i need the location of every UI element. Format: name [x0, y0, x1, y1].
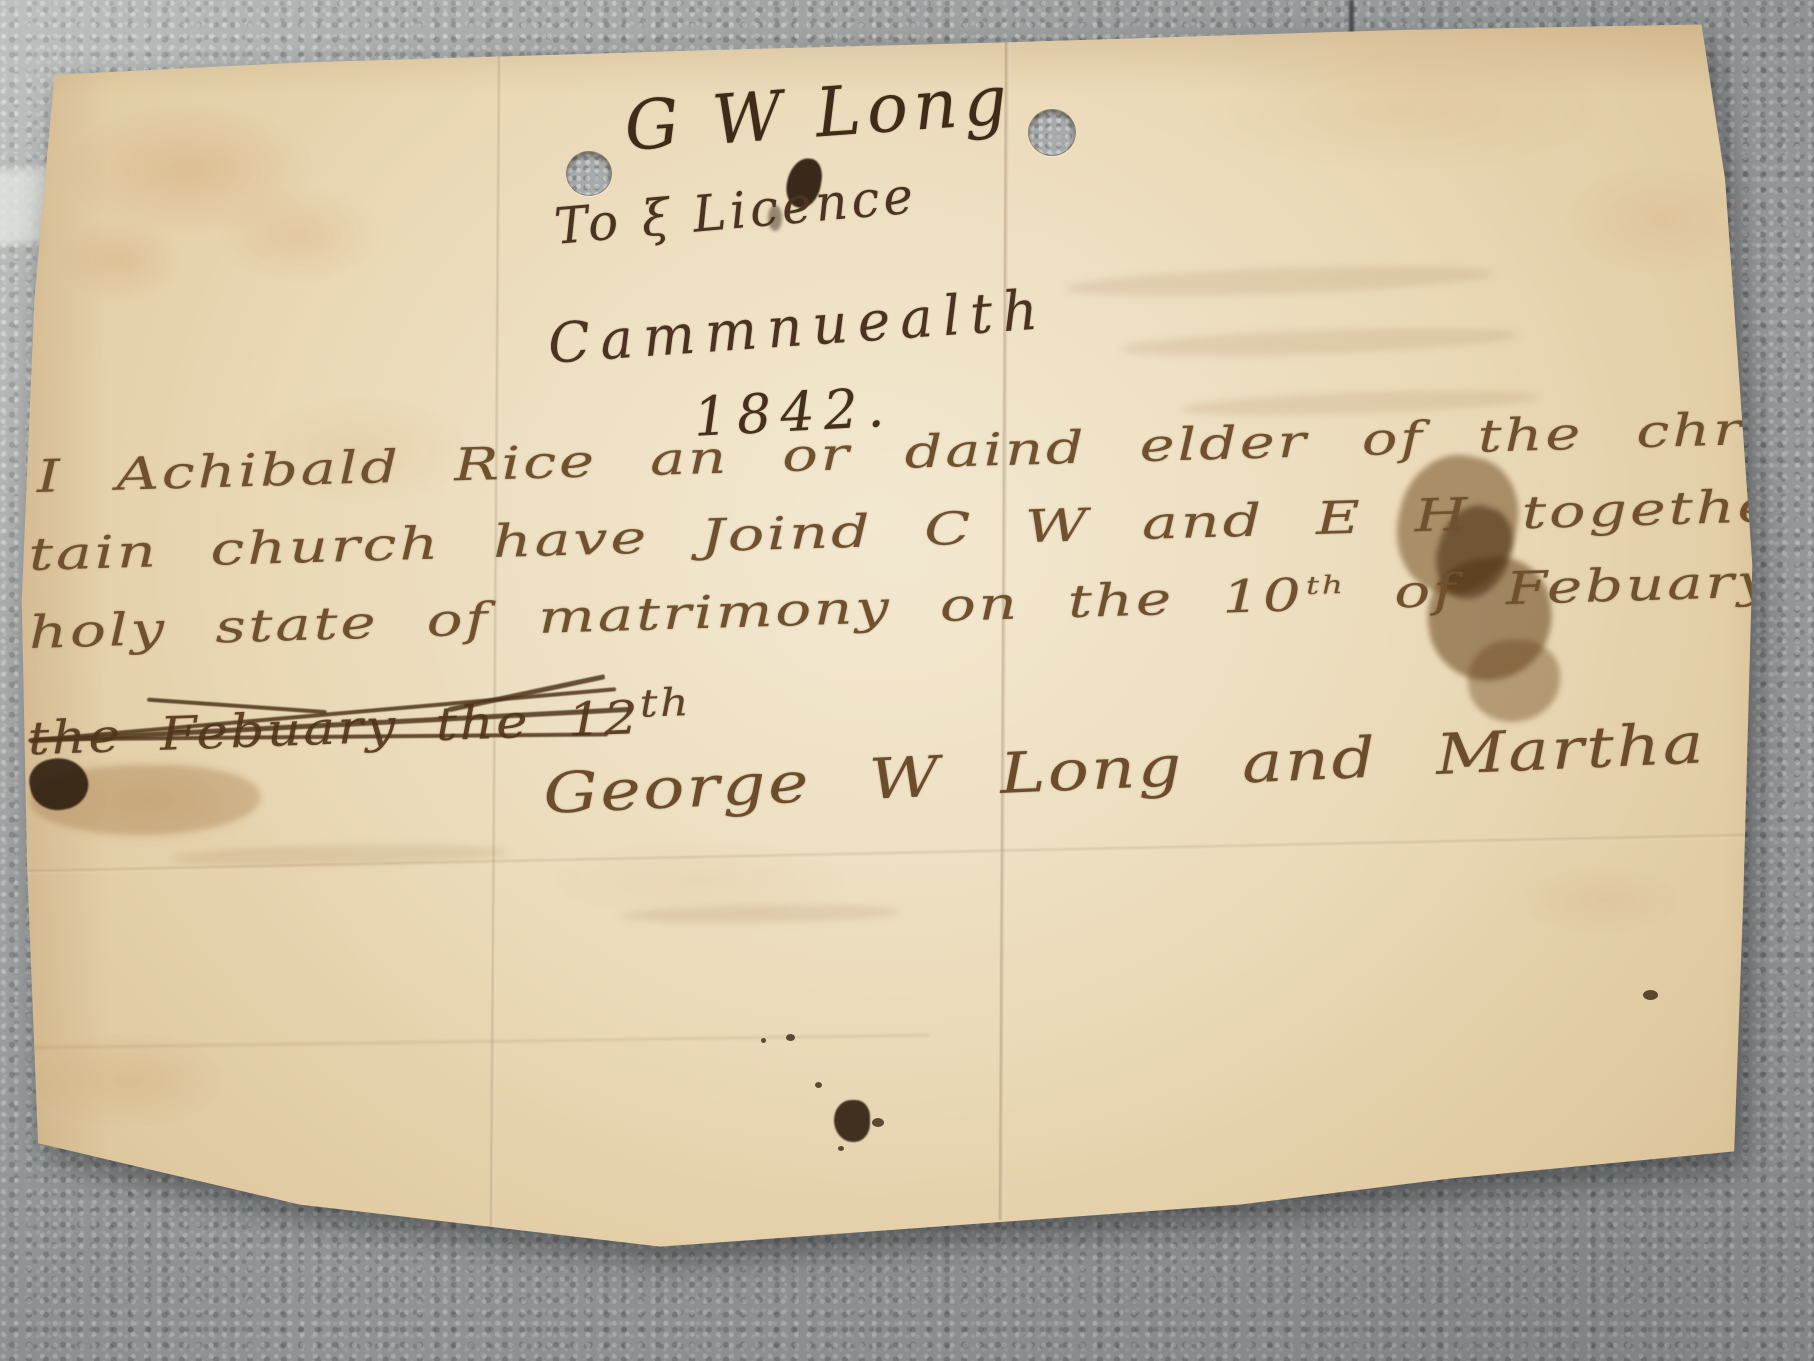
paper-sheet: G W Long To ξ Licence Cammnuealth 1842. … [0, 0, 1814, 1361]
punch-hole-left [566, 151, 612, 196]
photo-backdrop: G W Long To ξ Licence Cammnuealth 1842. … [0, 0, 1814, 1361]
document-photo: G W Long To ξ Licence Cammnuealth 1842. … [0, 0, 1814, 1361]
ink-speck [1643, 990, 1658, 1000]
ink-blot-bottom [834, 1100, 870, 1142]
ink-speck [761, 1038, 766, 1043]
ordinal-superscript: th [639, 680, 692, 727]
ordinal-superscript: th [1305, 570, 1346, 600]
ink-speck [815, 1082, 822, 1088]
ink-speck [838, 1146, 844, 1151]
ink-speck [786, 1034, 795, 1041]
ink-speck [872, 1118, 884, 1127]
struck-date-words: the Febuary the 12 [27, 690, 641, 765]
punch-hole-right [1028, 109, 1076, 156]
